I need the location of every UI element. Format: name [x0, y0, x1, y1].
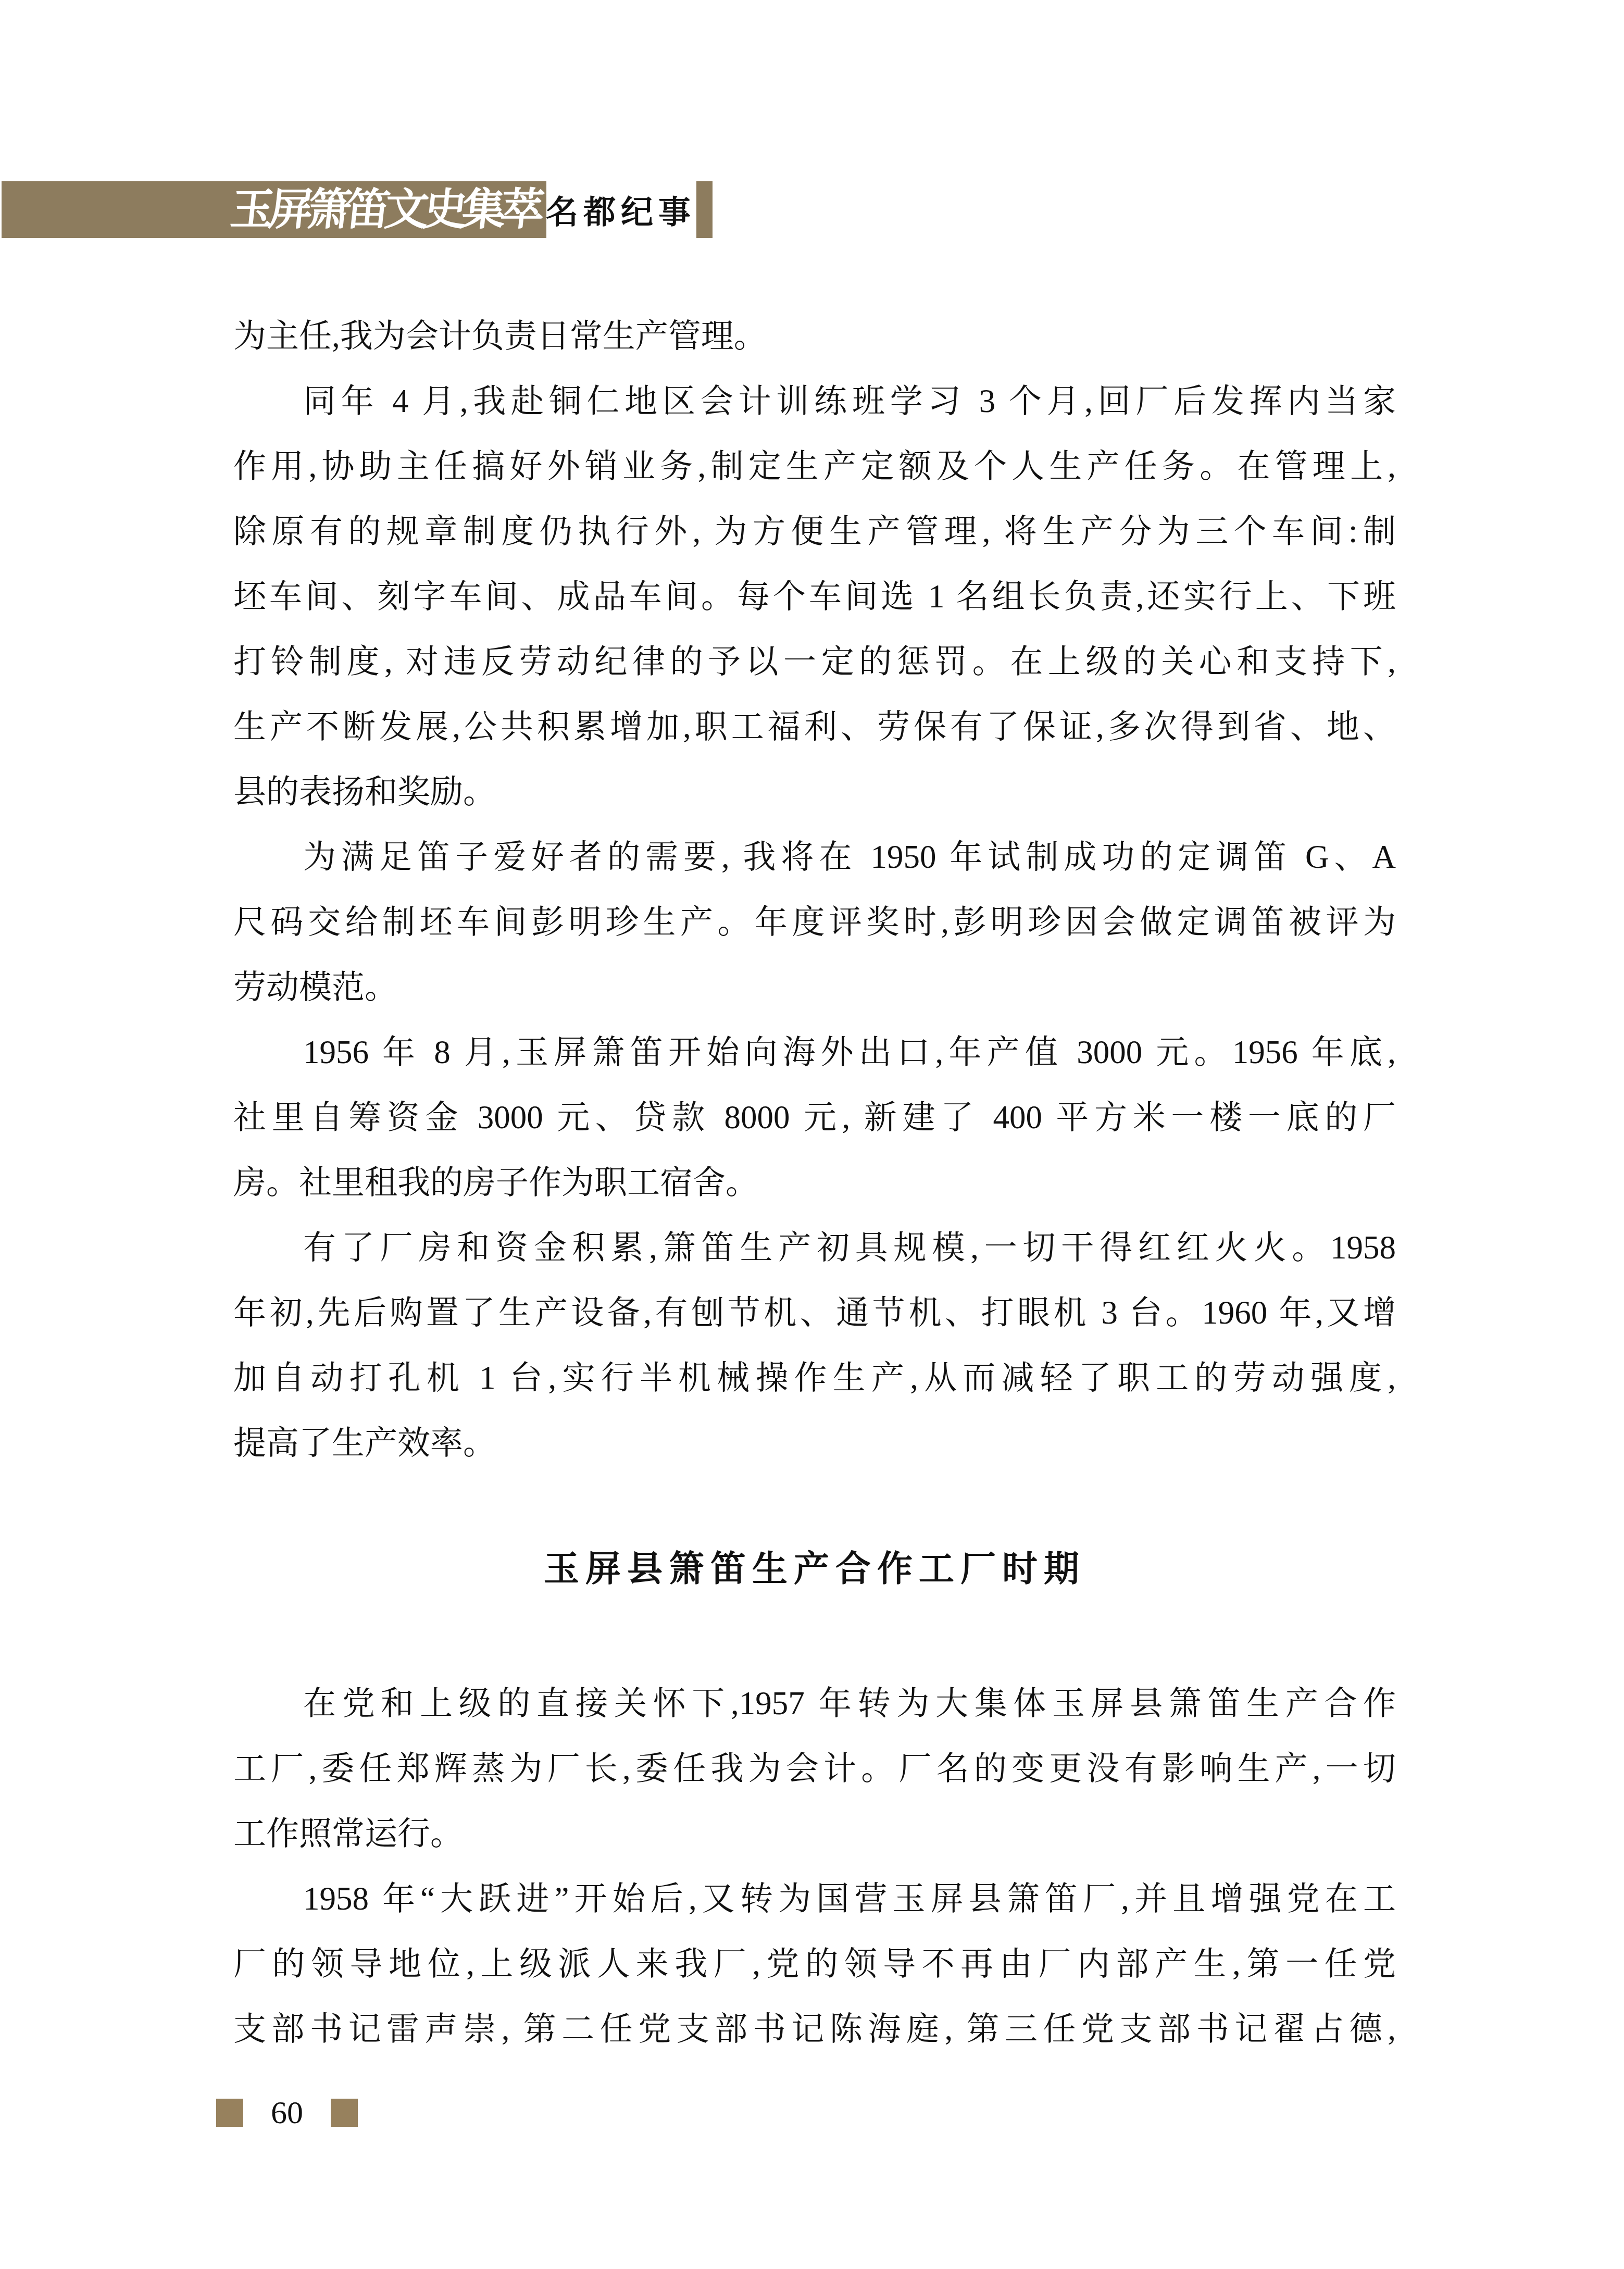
book-page: 玉屏箫笛文史集萃 名都纪事 为主任,我为会计负责日常生产管理。同年 4 月,我赴…: [0, 0, 1624, 2269]
body-paragraphs-1: 为主任,我为会计负责日常生产管理。同年 4 月,我赴铜仁地区会计训练班学习 3 …: [233, 304, 1396, 1476]
body-line: 年初,先后购置了生产设备,有刨节机、通节机、打眼机 3 台。1960 年,又增: [233, 1280, 1396, 1345]
body-line: 工厂,委任郑辉蒸为厂长,委任我为会计。厂名的变更没有影响生产,一切: [233, 1736, 1396, 1801]
footer-right-square: [331, 2099, 358, 2127]
body-line: 厂的领导地位,上级派人来我厂,党的领导不再由厂内部产生,第一任党: [233, 1931, 1396, 1997]
section-heading: 玉屏县箫笛生产合作工厂时期: [233, 1537, 1396, 1602]
body-line: 支部书记雷声崇, 第二任党支部书记陈海庭, 第三任党支部书记翟占德,: [233, 1997, 1396, 2062]
body-paragraphs-2: 在党和上级的直接关怀下,1957 年转为大集体玉屏县箫笛生产合作工厂,委任郑辉蒸…: [233, 1671, 1396, 2062]
body-line: 同年 4 月,我赴铜仁地区会计训练班学习 3 个月,回厂后发挥内当家: [233, 369, 1396, 434]
body-line: 房。社里租我的房子作为职工宿舍。: [233, 1150, 1396, 1215]
body-line: 加自动打孔机 1 台,实行半机械操作生产,从而减轻了职工的劳动强度,: [233, 1345, 1396, 1411]
footer-left-square: [216, 2099, 243, 2127]
page-number: 60: [243, 2099, 331, 2127]
body-line: 社里自筹资金 3000 元、贷款 8000 元, 新建了 400 平方米一楼一底…: [233, 1085, 1396, 1150]
body-line: 坯车间、刻字车间、成品车间。每个车间选 1 名组长负责,还实行上、下班: [233, 564, 1396, 629]
body-line: 尺码交给制坯车间彭明珍生产。年度评奖时,彭明珍因会做定调笛被评为: [233, 890, 1396, 955]
body-line: 1956 年 8 月,玉屏箫笛开始向海外出口,年产值 3000 元。1956 年…: [233, 1020, 1396, 1085]
page-footer: 60: [216, 2099, 358, 2127]
body-line: 为主任,我为会计负责日常生产管理。: [233, 304, 1396, 369]
header-banner: 玉屏箫笛文史集萃: [2, 181, 546, 238]
body-line: 劳动模范。: [233, 955, 1396, 1020]
body-line: 有了厂房和资金积累,箫笛生产初具规模,一切干得红红火火。1958: [233, 1215, 1396, 1280]
body-line: 作用,协助主任搞好外销业务,制定生产定额及个人生产任务。在管理上,: [233, 434, 1396, 499]
banner-calligraphy-title: 玉屏箫笛文史集萃: [228, 181, 542, 238]
body-line: 打铃制度, 对违反劳动纪律的予以一定的惩罚。在上级的关心和支持下,: [233, 629, 1396, 694]
header-section-label: 名都纪事: [545, 181, 697, 238]
body-line: 为满足笛子爱好者的需要, 我将在 1950 年试制成功的定调笛 G、A: [233, 825, 1396, 890]
header-accent-bar: [696, 181, 713, 238]
body-line: 在党和上级的直接关怀下,1957 年转为大集体玉屏县箫笛生产合作: [233, 1671, 1396, 1736]
body-line: 生产不断发展,公共积累增加,职工福利、劳保有了保证,多次得到省、地、: [233, 694, 1396, 759]
body-line: 1958 年“大跃进”开始后,又转为国营玉屏县箫笛厂,并且增强党在工: [233, 1866, 1396, 1931]
body-line: 工作照常运行。: [233, 1801, 1396, 1866]
body-line: 除原有的规章制度仍执行外, 为方便生产管理, 将生产分为三个车间:制: [233, 499, 1396, 564]
body-line: 提高了生产效率。: [233, 1411, 1396, 1476]
body-line: 县的表扬和奖励。: [233, 759, 1396, 825]
